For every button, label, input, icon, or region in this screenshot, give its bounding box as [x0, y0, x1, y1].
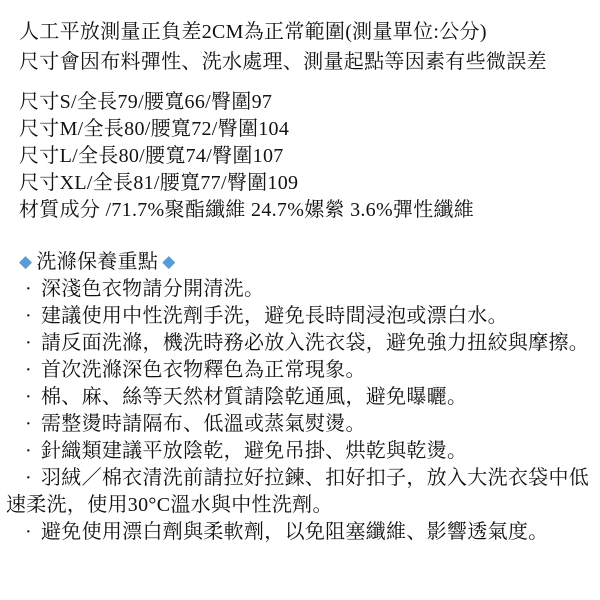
- size-row-s: 尺寸S/全長79/腰寬66/臀圍97: [19, 89, 596, 116]
- care-section-heading: ◆洗滌保養重點◆: [0, 248, 598, 276]
- diamond-icon: ◆: [162, 252, 175, 271]
- bullet-dot-icon: ·: [25, 413, 32, 435]
- care-item-text: 針織類建議平放陰乾，避免吊掛、烘乾與乾燙。: [41, 440, 467, 462]
- bullet-dot-icon: ·: [25, 467, 32, 489]
- size-row-m: 尺寸M/全長80/腰寬72/臀圍104: [19, 116, 596, 143]
- measurement-note-line-2: 尺寸會因布料彈性、洗水處理、測量起點等因素有些微誤差: [19, 47, 596, 77]
- measurement-note: 人工平放測量正負差2CM為正常範圍(測量單位:公分) 尺寸會因布料彈性、洗水處理…: [0, 17, 600, 77]
- bullet-dot-icon: ·: [25, 278, 32, 300]
- care-item: ·棉、麻、絲等天然材質請陰乾通風，避免曝曬。: [6, 384, 598, 411]
- care-item-text: 需整燙時請隔布、低溫或蒸氣熨燙。: [41, 413, 366, 435]
- bullet-dot-icon: ·: [25, 440, 32, 462]
- size-row-l: 尺寸L/全長80/腰寬74/臀圍107: [19, 143, 596, 170]
- care-item: ·需整燙時請隔布、低溫或蒸氣熨燙。: [6, 411, 598, 438]
- care-item-text: 首次洗滌深色衣物釋色為正常現象。: [41, 359, 366, 381]
- care-section-title: 洗滌保養重點: [36, 251, 158, 273]
- care-item-text: 請反面洗滌，機洗時務必放入洗衣袋，避免強力扭絞與摩擦。: [41, 332, 589, 354]
- care-item-text: 避免使用漂白劑與柔軟劑，以免阻塞纖維、影響透氣度。: [41, 521, 549, 543]
- size-chart: 尺寸S/全長79/腰寬66/臀圍97 尺寸M/全長80/腰寬72/臀圍104 尺…: [0, 89, 600, 224]
- bullet-dot-icon: ·: [25, 332, 32, 354]
- care-item-text: 深淺色衣物請分開清洗。: [41, 278, 264, 300]
- care-item: ·羽絨／棉衣清洗前請拉好拉鍊、扣好扣子，放入大洗衣袋中低速柔洗，使用30°C溫水…: [6, 465, 598, 519]
- bullet-dot-icon: ·: [25, 521, 32, 543]
- bullet-dot-icon: ·: [25, 359, 32, 381]
- size-row-xl: 尺寸XL/全長81/腰寬77/臀圍109: [19, 170, 596, 197]
- bullet-dot-icon: ·: [25, 386, 32, 408]
- care-item: ·避免使用漂白劑與柔軟劑，以免阻塞纖維、影響透氣度。: [6, 519, 598, 546]
- product-description-page: 人工平放測量正負差2CM為正常範圍(測量單位:公分) 尺寸會因布料彈性、洗水處理…: [0, 0, 600, 600]
- measurement-note-line-1: 人工平放測量正負差2CM為正常範圍(測量單位:公分): [19, 17, 596, 47]
- care-item-text: 羽絨／棉衣清洗前請拉好拉鍊、扣好扣子，放入大洗衣袋中低速柔洗，使用30°C溫水與…: [6, 467, 589, 516]
- care-item: ·深淺色衣物請分開清洗。: [6, 276, 598, 303]
- care-item: ·首次洗滌深色衣物釋色為正常現象。: [6, 357, 598, 384]
- bullet-dot-icon: ·: [25, 305, 32, 327]
- care-item-text: 棉、麻、絲等天然材質請陰乾通風，避免曝曬。: [41, 386, 467, 408]
- care-item: ·請反面洗滌，機洗時務必放入洗衣袋，避免強力扭絞與摩擦。: [6, 330, 598, 357]
- care-section: ◆洗滌保養重點◆ ·深淺色衣物請分開清洗。 ·建議使用中性洗劑手洗，避免長時間浸…: [0, 248, 600, 546]
- material-composition: 材質成分 /71.7%聚酯纖維 24.7%嫘縈 3.6%彈性纖維: [19, 197, 596, 224]
- diamond-icon: ◆: [19, 252, 32, 271]
- care-item-list: ·深淺色衣物請分開清洗。 ·建議使用中性洗劑手洗，避免長時間浸泡或漂白水。 ·請…: [6, 276, 598, 546]
- care-item: ·針織類建議平放陰乾，避免吊掛、烘乾與乾燙。: [6, 438, 598, 465]
- care-item-text: 建議使用中性洗劑手洗，避免長時間浸泡或漂白水。: [41, 305, 508, 327]
- care-item: ·建議使用中性洗劑手洗，避免長時間浸泡或漂白水。: [6, 303, 598, 330]
